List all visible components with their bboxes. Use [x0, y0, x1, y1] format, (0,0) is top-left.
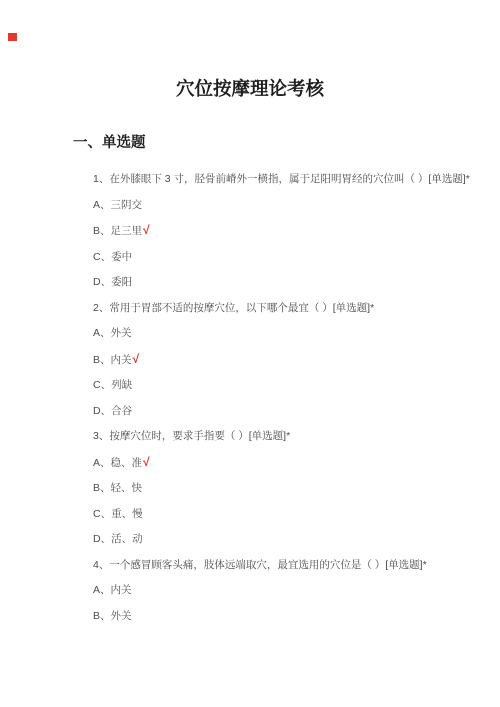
option-label: B、足三里 [93, 225, 142, 237]
page-title: 穴位按摩理论考核 [0, 76, 500, 102]
question-1-option-c: C、委中 [93, 250, 460, 264]
option-label: B、轻、快 [93, 482, 142, 494]
question-3-option-c: C、重、慢 [93, 507, 460, 521]
question-2-option-d: D、合谷 [93, 404, 460, 418]
option-label: A、三阴交 [93, 199, 142, 211]
section-heading: 一、单选题 [73, 133, 500, 153]
question-2-option-c: C、列缺 [93, 378, 460, 392]
question-2-option-a: A、外关 [93, 326, 460, 340]
question-4-option-a: A、内关 [93, 583, 460, 597]
question-list: 1、在外膝眼下 3 寸，胫骨前嵴外一横指，属于足阳明胃经的穴位叫（ ）[单选题]… [93, 172, 460, 623]
question-1-option-a: A、三阴交 [93, 198, 460, 212]
question-4-option-b: B、外关 [93, 609, 460, 623]
red-corner-marker [8, 33, 17, 41]
question-3-option-b: B、轻、快 [93, 481, 460, 495]
option-label: D、活、动 [93, 533, 143, 545]
correct-answer-checkmark: √ [143, 455, 150, 469]
option-label: A、内关 [93, 584, 132, 596]
option-label: C、委中 [93, 251, 132, 263]
option-label: C、重、慢 [93, 508, 143, 520]
option-label: D、合谷 [93, 405, 132, 417]
question-1-option-d: D、委阳 [93, 275, 460, 289]
question-2-option-b: B、内关√ [93, 352, 460, 367]
question-3-option-a: A、稳、准√ [93, 455, 460, 470]
option-label: B、内关 [93, 354, 132, 366]
option-label: A、外关 [93, 327, 132, 339]
question-1-option-b: B、足三里√ [93, 223, 460, 238]
question-3-option-d: D、活、动 [93, 532, 460, 546]
question-1-text: 1、在外膝眼下 3 寸，胫骨前嵴外一横指，属于足阳明胃经的穴位叫（ ）[单选题]… [93, 172, 460, 186]
question-3-text: 3、按摩穴位时，要求手指要（ ）[单选题]* [93, 429, 460, 443]
option-label: C、列缺 [93, 379, 132, 391]
exam-document: 穴位按摩理论考核 一、单选题 1、在外膝眼下 3 寸，胫骨前嵴外一横指，属于足阳… [0, 76, 500, 623]
option-label: B、外关 [93, 610, 132, 622]
question-4-text: 4、一个感冒顾客头痛，肢体远端取穴，最宜选用的穴位是（ ）[单选题]* [93, 558, 460, 572]
question-2-text: 2、常用于胃部不适的按摩穴位，以下哪个最宜（ ）[单选题]* [93, 301, 460, 315]
option-label: A、稳、准 [93, 457, 142, 469]
option-label: D、委阳 [93, 276, 132, 288]
correct-answer-checkmark: √ [133, 352, 140, 366]
correct-answer-checkmark: √ [143, 223, 150, 237]
